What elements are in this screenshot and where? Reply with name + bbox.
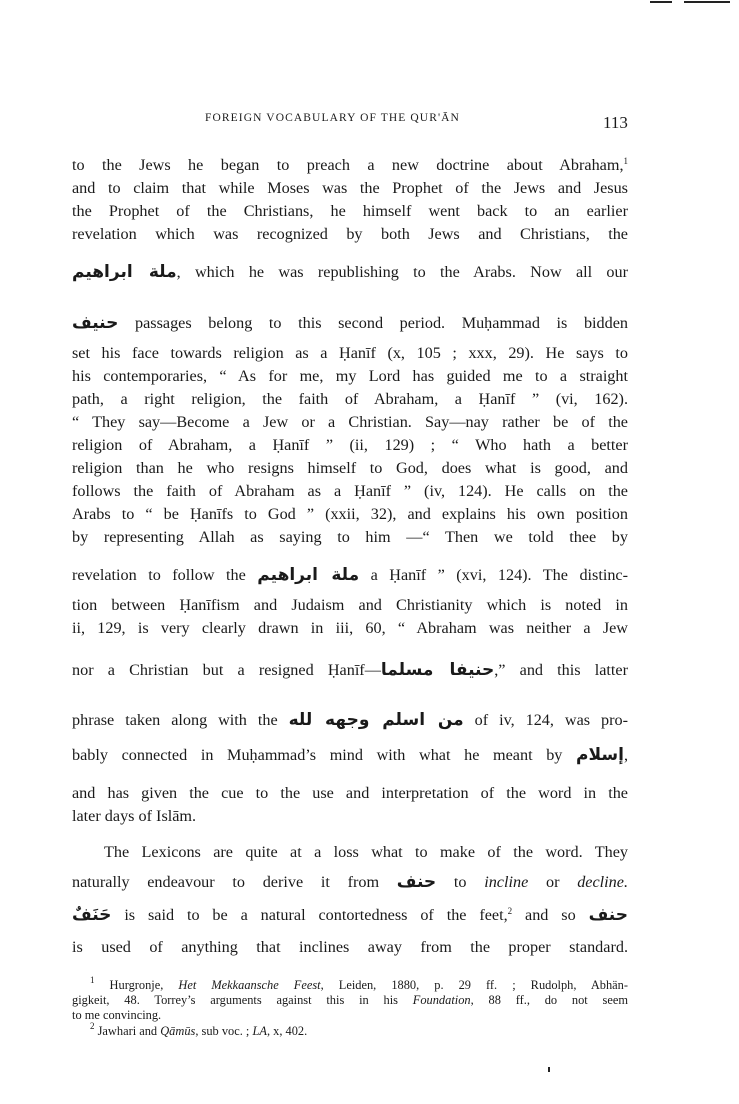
arabic-term: من اسلم وجهه لله bbox=[289, 710, 464, 730]
text-line: his contemporaries, “ As for me, my Lord… bbox=[72, 366, 628, 386]
text-line: later days of Islām. bbox=[72, 806, 628, 826]
text-line: nor a Christian but a resigned Ḥanīf—حني… bbox=[72, 660, 628, 680]
text-line: path, a right religion, the faith of Abr… bbox=[72, 389, 628, 409]
scan-speck bbox=[548, 1067, 550, 1072]
footnote-marker: 1 bbox=[90, 975, 95, 985]
text-line: religion of Abraham, a Ḥanīf ” (ii, 129)… bbox=[72, 435, 628, 455]
footnote-1: 1 Hurgronje, Het Mekkaansche Feest, Leid… bbox=[72, 978, 628, 993]
text-line: the Prophet of the Christians, he himsel… bbox=[72, 201, 628, 221]
text-line: naturally endeavour to derive it from حن… bbox=[72, 872, 628, 892]
footnote-2: 2 Jawhari and Qāmūs, sub voc. ; LA, x, 4… bbox=[72, 1024, 628, 1039]
arabic-term: ملة ابراهيم bbox=[72, 262, 177, 282]
arabic-term: حنيف bbox=[72, 313, 118, 333]
arabic-term: إسلام bbox=[576, 745, 624, 765]
text-line: follows the faith of Abraham as a Ḥanīf … bbox=[72, 481, 628, 501]
text-line: phrase taken along with the من اسلم وجهه… bbox=[72, 710, 628, 730]
text-line: by representing Allah as saying to him —… bbox=[72, 527, 628, 547]
text-line: revelation which was recognized by both … bbox=[72, 224, 628, 244]
arabic-term: ملة ابراهيم bbox=[257, 565, 359, 585]
text-line: bably connected in Muḥammad’s mind with … bbox=[72, 745, 628, 765]
text-line: revelation to follow the ملة ابراهيم a Ḥ… bbox=[72, 565, 628, 585]
arabic-term: حَنَفٌ bbox=[72, 905, 111, 925]
text-line: religion than he who resigns himself to … bbox=[72, 458, 628, 478]
footnote-1-cont: gigkeit, 48. Torrey’s arguments against … bbox=[72, 993, 628, 1008]
arabic-term: حنيفا مسلما bbox=[381, 660, 494, 680]
text-line: حَنَفٌ is said to be a natural contorted… bbox=[72, 905, 628, 925]
text-line: and to claim that while Moses was the Pr… bbox=[72, 178, 628, 198]
arabic-term: حنف bbox=[589, 905, 628, 925]
scan-corner-marks bbox=[620, 0, 739, 8]
text-line: حنيف passages belong to this second peri… bbox=[72, 313, 628, 333]
footnote-marker: 2 bbox=[90, 1021, 95, 1031]
footnote-ref[interactable]: 1 bbox=[624, 156, 629, 166]
text-line: The Lexicons are quite at a loss what to… bbox=[72, 842, 628, 862]
text-line: ملة ابراهيم, which he was republishing t… bbox=[72, 262, 628, 282]
arabic-term: حنف bbox=[397, 872, 436, 892]
text-line: tion between Ḥanīfism and Judaism and Ch… bbox=[72, 595, 628, 615]
text-line: and has given the cue to the use and int… bbox=[72, 783, 628, 803]
scan-mark bbox=[650, 1, 672, 3]
page-number: 113 bbox=[603, 113, 628, 133]
text-line: to the Jews he began to preach a new doc… bbox=[72, 155, 628, 175]
text-line: Arabs to “ be Ḥanīfs to God ” (xxii, 32)… bbox=[72, 504, 628, 524]
footnote-1-cont: to me convincing. bbox=[72, 1008, 628, 1023]
text-line: set his face towards religion as a Ḥanīf… bbox=[72, 343, 628, 363]
scan-mark bbox=[684, 1, 730, 3]
running-head: Foreign Vocabulary of the Qur'ān bbox=[205, 112, 460, 124]
text-line: is used of anything that inclines away f… bbox=[72, 937, 628, 957]
text-line: “ They say—Become a Jew or a Christian. … bbox=[72, 412, 628, 432]
text-line: ii, 129, is very clearly drawn in iii, 6… bbox=[72, 618, 628, 638]
